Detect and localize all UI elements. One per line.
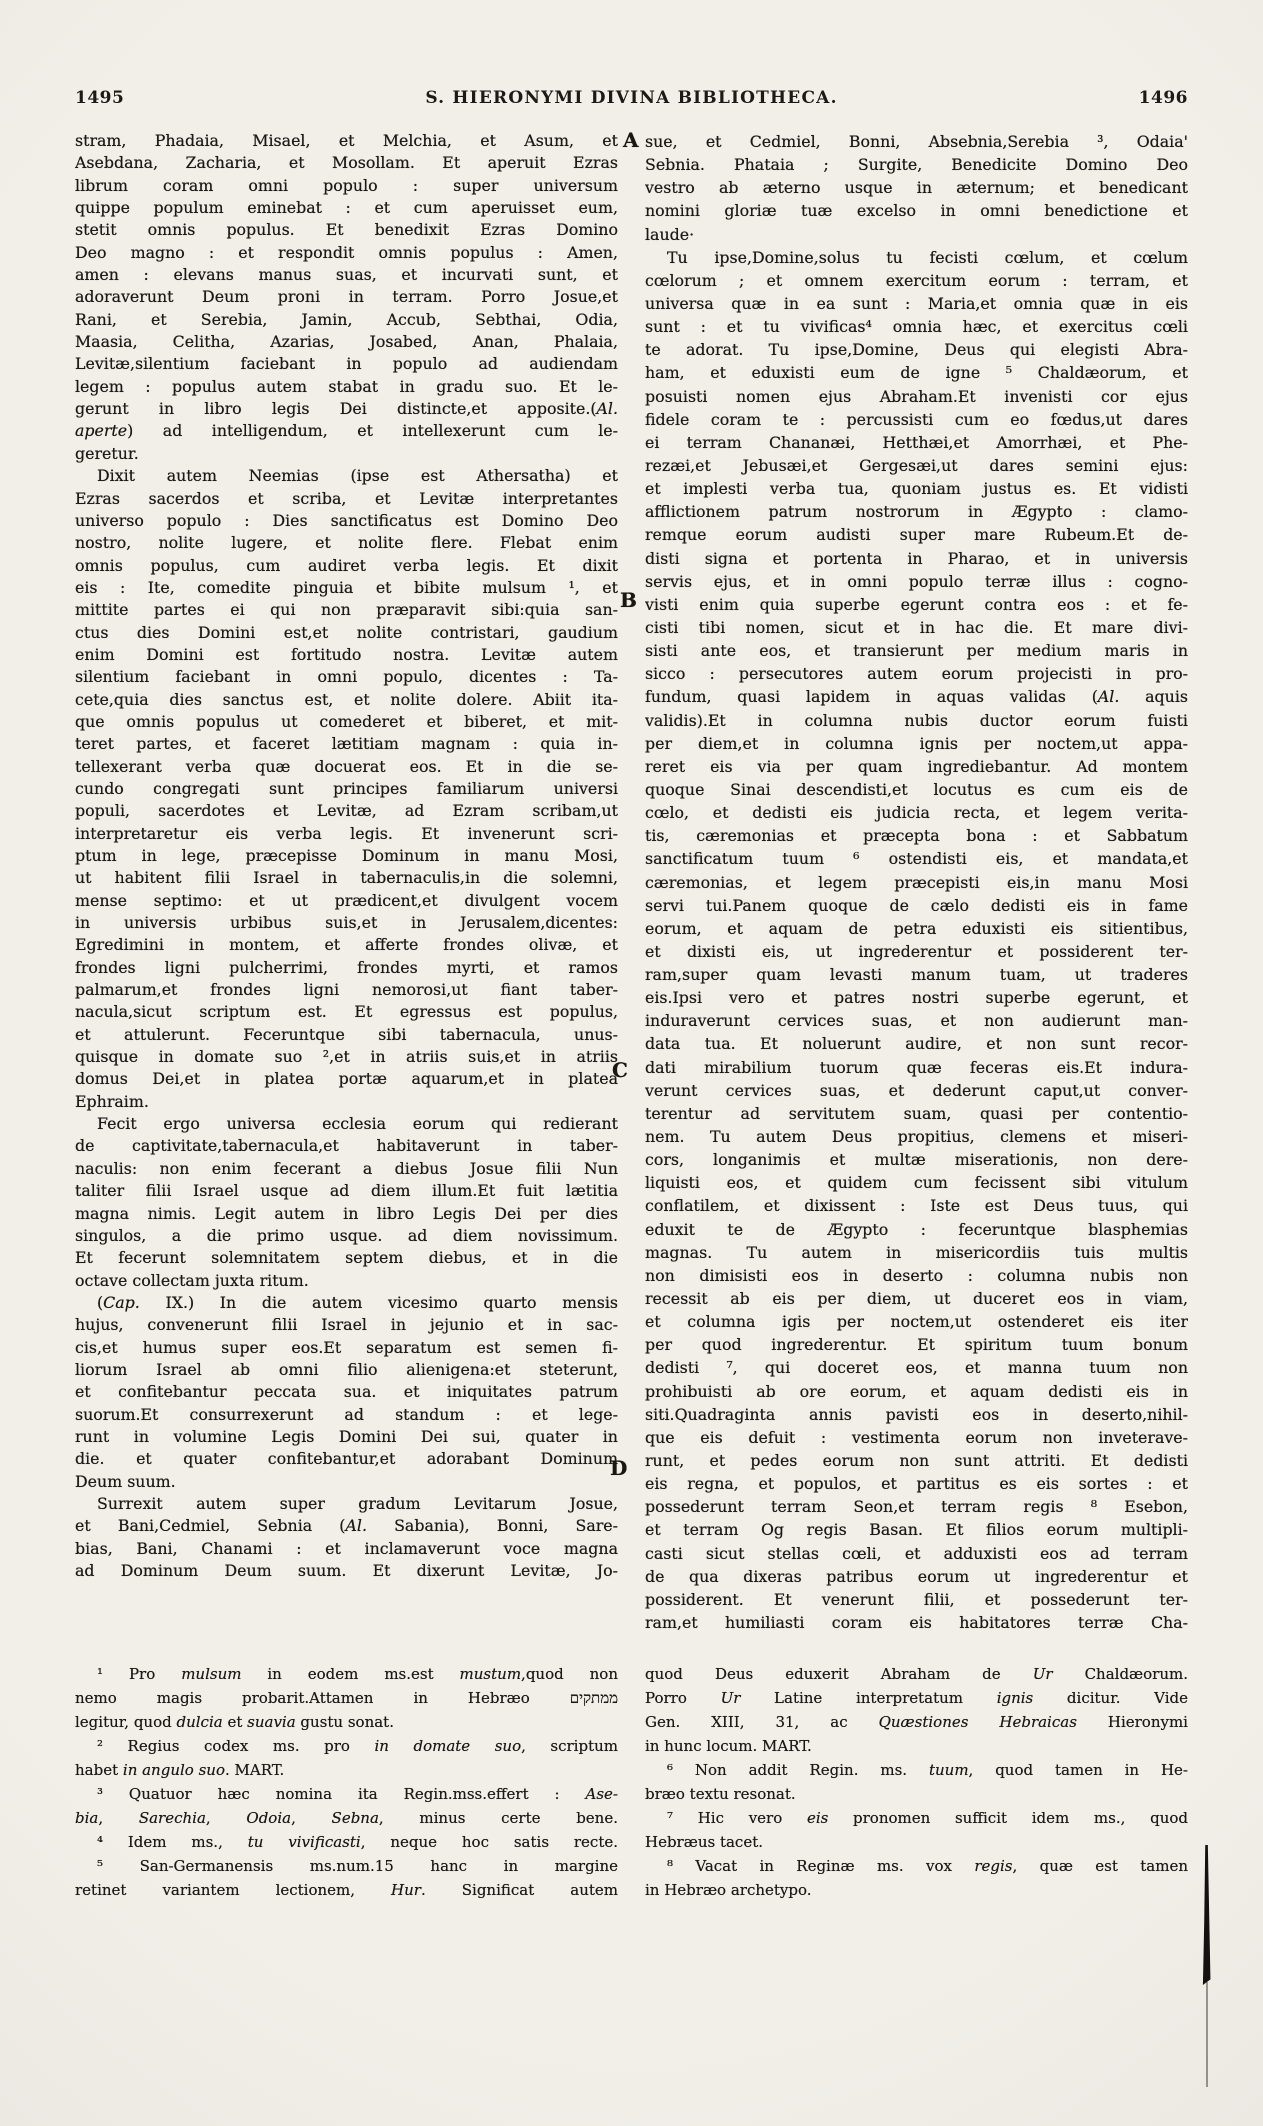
- text-line: cundo congregati sunt principes familiar…: [75, 778, 618, 800]
- text-line: adoraverunt Deum proni in terram. Porro …: [75, 286, 618, 308]
- text-line: universa quæ in ea sunt : Maria,et omnia…: [645, 292, 1188, 315]
- text-line: Porro Ur Latine interpretatum ignis dici…: [645, 1686, 1188, 1710]
- text-line: cæremonias, et legem præcepisti eis,in m…: [645, 871, 1188, 894]
- text-line: laude·: [645, 223, 1188, 246]
- text-line: cis,et humus super eos.Et separatum est …: [75, 1337, 618, 1359]
- left-text-column: stram, Phadaia, Misael, et Melchia, et A…: [75, 130, 618, 1582]
- gutter-letter-D: D: [610, 1456, 627, 1480]
- text-line: Levitæ,silentium faciebant in populo ad …: [75, 353, 618, 375]
- text-line: ⁸ Vacat in Reginæ ms. vox regis, quæ est…: [645, 1854, 1188, 1878]
- text-line: eis : Ite, comedite pinguia et bibite mu…: [75, 577, 618, 599]
- running-title: S. HIERONYMI DIVINA BIBLIOTHECA.: [75, 88, 1188, 108]
- text-line: cœlorum ; et omnem exercitum eorum : ter…: [645, 269, 1188, 292]
- text-line: populi, sacerdotes et Levitæ, ad Ezram s…: [75, 800, 618, 822]
- text-line: posuisti nomen ejus Abraham.Et invenisti…: [645, 385, 1188, 408]
- text-line: Et fecerunt solemnitatem septem diebus, …: [75, 1247, 618, 1269]
- right-footnotes: quod Deus eduxerit Abraham de Ur Chaldæo…: [645, 1662, 1188, 1902]
- text-line: possiderent. Et venerunt filii, et posse…: [645, 1588, 1188, 1611]
- text-line: stetit omnis populus. Et benedixit Ezras…: [75, 219, 618, 241]
- text-line: terentur ad servitutem suam, quasi per c…: [645, 1102, 1188, 1125]
- text-line: te adorat. Tu ipse,Domine, Deus qui eleg…: [645, 338, 1188, 361]
- text-line: Rani, et Serebia, Jamin, Accub, Sebthai,…: [75, 309, 618, 331]
- text-line: possederunt terram Seon,et terram regis …: [645, 1495, 1188, 1518]
- text-line: legitur, quod dulcia et suavia gustu son…: [75, 1710, 618, 1734]
- text-line: sue, et Cedmiel, Bonni, Absebnia,Serebia…: [645, 130, 1188, 153]
- gutter-letter-A: A: [623, 128, 639, 152]
- text-line: ut habitent filii Israel in tabernaculis…: [75, 867, 618, 889]
- text-line: casti sicut stellas cœli, et adduxisti e…: [645, 1542, 1188, 1565]
- text-line: que omnis populus ut comederet et bibere…: [75, 711, 618, 733]
- text-line: reret eis via per quam ingrediebantur. A…: [645, 755, 1188, 778]
- text-line: verunt cervices suas, et dederunt caput,…: [645, 1079, 1188, 1102]
- text-line: Ephraim.: [75, 1091, 618, 1113]
- text-line: servi tui.Panem quoque de cælo dedisti e…: [645, 894, 1188, 917]
- book-page: 1495 S. HIERONYMI DIVINA BIBLIOTHECA. 14…: [0, 0, 1263, 2126]
- ink-artifact: [1199, 1845, 1212, 1985]
- text-line: afflictionem patrum nostrorum in Ægypto …: [645, 500, 1188, 523]
- text-line: universo populo : Dies sanctificatus est…: [75, 510, 618, 532]
- text-line: quippe populum eminebat : et cum aperuis…: [75, 197, 618, 219]
- text-line: mense septimo: et ut prædicent,et divulg…: [75, 890, 618, 912]
- text-line: enim Domini est fortitudo nostra. Levitæ…: [75, 644, 618, 666]
- text-line: rezæi,et Jebusæi,et Gergesæi,ut dares se…: [645, 454, 1188, 477]
- text-line: stram, Phadaia, Misael, et Melchia, et A…: [75, 130, 618, 152]
- text-line: et terram Og regis Basan. Et filios eoru…: [645, 1518, 1188, 1541]
- text-line: interpretaretur eis verba legis. Et inve…: [75, 823, 618, 845]
- text-line: servis ejus, et in omni populo terræ ill…: [645, 570, 1188, 593]
- text-line: Asebdana, Zacharia, et Mosollam. Et aper…: [75, 152, 618, 174]
- text-line: retinet variantem lectionem, Hur. Signif…: [75, 1878, 618, 1902]
- text-line: quisque in domate suo ²,et in atriis sui…: [75, 1046, 618, 1068]
- text-line: per diem,et in columna ignis per noctem,…: [645, 732, 1188, 755]
- text-line: cete,quia dies sanctus est, et nolite do…: [75, 689, 618, 711]
- text-line: cors, longanimis et multæ miserationis, …: [645, 1148, 1188, 1171]
- text-line: Deo magno : et respondit omnis populus :…: [75, 242, 618, 264]
- ink-artifact-tail: [1206, 1982, 1208, 2087]
- text-line: Gen. XIII, 31, ac Quæstiones Hebraicas H…: [645, 1710, 1188, 1734]
- text-line: runt, et pedes eorum non sunt attriti. E…: [645, 1449, 1188, 1472]
- text-line: ram,super quam levasti manum tuam, ut tr…: [645, 963, 1188, 986]
- text-line: taliter filii Israel usque ad diem illum…: [75, 1180, 618, 1202]
- text-line: bia, Sarechia, Odoia, Sebna, minus certe…: [75, 1806, 618, 1830]
- text-line: sisti ante eos, et transierunt per mediu…: [645, 639, 1188, 662]
- text-line: eduxit te de Ægypto : feceruntque blasph…: [645, 1218, 1188, 1241]
- text-line: magnas. Tu autem in misericordiis tuis m…: [645, 1241, 1188, 1264]
- gutter-letter-B: B: [620, 588, 637, 612]
- text-line: bias, Bani, Chanami : et inclamaverunt v…: [75, 1538, 618, 1560]
- text-line: geretur.: [75, 443, 618, 465]
- text-line: ⁴ Idem ms., tu vivificasti, neque hoc sa…: [75, 1830, 618, 1854]
- text-line: et dixisti eis, ut ingrederentur et poss…: [645, 940, 1188, 963]
- text-line: et confitebantur peccata sua. et iniquit…: [75, 1381, 618, 1403]
- text-line: induraverunt cervices suas, et non audie…: [645, 1009, 1188, 1032]
- text-line: amen : elevans manus suas, et incurvati …: [75, 264, 618, 286]
- text-line: suorum.Et consurrexerunt ad standum : et…: [75, 1404, 618, 1426]
- text-line: de qua dixeras patribus eorum ut ingrede…: [645, 1565, 1188, 1588]
- text-line: conflatilem, et dixissent : Iste est Deu…: [645, 1194, 1188, 1217]
- text-line: eorum, et aquam de petra eduxisti eis si…: [645, 917, 1188, 940]
- text-line: per quod ingrederentur. Et spiritum tuum…: [645, 1333, 1188, 1356]
- left-footnotes: ¹ Pro mulsum in eodem ms.est mustum,quod…: [75, 1662, 618, 1902]
- text-line: tellexerant verba quæ docuerat eos. Et i…: [75, 756, 618, 778]
- text-line: magna nimis. Legit autem in libro Legis …: [75, 1203, 618, 1225]
- text-line: runt in volumine Legis Domini Dei sui, q…: [75, 1426, 618, 1448]
- text-line: legem : populus autem stabat in gradu su…: [75, 376, 618, 398]
- text-line: habet in angulo suo. MART.: [75, 1758, 618, 1782]
- text-line: ⁶ Non addit Regin. ms. tuum, quod tamen …: [645, 1758, 1188, 1782]
- text-line: Dixit autem Neemias (ipse est Athersatha…: [75, 465, 618, 487]
- text-line: silentium faciebant in omni populo, dice…: [75, 666, 618, 688]
- text-line: in Hebræo archetypo.: [645, 1878, 1188, 1902]
- text-line: visti enim quia superbe egerunt contra e…: [645, 593, 1188, 616]
- text-line: nostro, nolite lugere, et nolite flere. …: [75, 532, 618, 554]
- text-line: teret partes, et faceret lætitiam magnam…: [75, 733, 618, 755]
- text-line: prohibuisti ab ore eorum, et aquam dedis…: [645, 1380, 1188, 1403]
- text-line: disti signa et portenta in Pharao, et in…: [645, 547, 1188, 570]
- page-header: 1495 S. HIERONYMI DIVINA BIBLIOTHECA. 14…: [75, 88, 1188, 112]
- text-line: remque eorum audisti super mare Rubeum.E…: [645, 523, 1188, 546]
- text-line: singulos, a die primo usque. ad diem nov…: [75, 1225, 618, 1247]
- text-line: sanctificatum tuum ⁶ ostendisti eis, et …: [645, 847, 1188, 870]
- text-line: Maasia, Celitha, Azarias, Josabed, Anan,…: [75, 331, 618, 353]
- text-line: Fecit ergo universa ecclesia eorum qui r…: [75, 1113, 618, 1135]
- text-line: nomini gloriæ tuæ excelso in omni benedi…: [645, 199, 1188, 222]
- text-line: Tu ipse,Domine,solus tu fecisti cœlum, e…: [645, 246, 1188, 269]
- text-line: frondes ligni pulcherrimi, frondes myrti…: [75, 957, 618, 979]
- text-line: quod Deus eduxerit Abraham de Ur Chaldæo…: [645, 1662, 1188, 1686]
- text-line: Hebræus tacet.: [645, 1830, 1188, 1854]
- text-line: aperte) ad intelligendum, et intellexeru…: [75, 420, 618, 442]
- text-line: et implesti verba tua, quoniam justus es…: [645, 477, 1188, 500]
- text-line: quoque Sinai descendisti,et locutus es c…: [645, 778, 1188, 801]
- text-line: dedisti ⁷, qui doceret eos, et manna tuu…: [645, 1356, 1188, 1379]
- text-line: siti.Quadraginta annis pavisti eos in de…: [645, 1403, 1188, 1426]
- text-line: ¹ Pro mulsum in eodem ms.est mustum,quod…: [75, 1662, 618, 1686]
- text-line: ei terram Chananæi, Hetthæi,et Amorrhæi,…: [645, 431, 1188, 454]
- text-line: et Bani,Cedmiel, Sebnia (Al. Sabania), B…: [75, 1515, 618, 1537]
- text-line: cœlo, et dedisti eis judicia recta, et l…: [645, 801, 1188, 824]
- text-line: de captivitate,tabernacula,et habitaveru…: [75, 1135, 618, 1157]
- text-line: ham, et eduxisti eum de igne ⁵ Chaldæoru…: [645, 361, 1188, 384]
- text-line: non dimisisti eos in deserto : columna n…: [645, 1264, 1188, 1287]
- text-line: que eis defuit : vestimenta eorum non in…: [645, 1426, 1188, 1449]
- text-line: bræo textu resonat.: [645, 1782, 1188, 1806]
- text-line: in universis urbibus suis,et in Jerusale…: [75, 912, 618, 934]
- text-line: cisti tibi nomen, sicut et in hac die. E…: [645, 616, 1188, 639]
- text-line: data tua. Et noluerunt audire, et non su…: [645, 1032, 1188, 1055]
- gutter-letter-C: C: [612, 1058, 628, 1082]
- text-line: Deum suum.: [75, 1471, 618, 1493]
- text-line: recessit ab eis per diem, ut duceret eos…: [645, 1287, 1188, 1310]
- text-line: mittite partes ei qui non præparavit sib…: [75, 599, 618, 621]
- text-line: die. et quater confitebantur,et adoraban…: [75, 1448, 618, 1470]
- text-line: validis).Et in columna nubis ductor eoru…: [645, 709, 1188, 732]
- text-line: librum coram omni populo : super univers…: [75, 175, 618, 197]
- text-line: in hunc locum. MART.: [645, 1734, 1188, 1758]
- text-line: Surrexit autem super gradum Levitarum Jo…: [75, 1493, 618, 1515]
- right-text-column: sue, et Cedmiel, Bonni, Absebnia,Serebia…: [645, 130, 1188, 1634]
- text-line: ctus dies Domini est,et nolite contrista…: [75, 622, 618, 644]
- text-line: eis.Ipsi vero et patres nostri superbe e…: [645, 986, 1188, 1009]
- text-line: ad Dominum Deum suum. Et dixerunt Levitæ…: [75, 1560, 618, 1582]
- text-line: dati mirabilium tuorum quæ feceras eis.E…: [645, 1056, 1188, 1079]
- text-line: Egredimini in montem, et afferte frondes…: [75, 934, 618, 956]
- text-line: Sebnia. Phataia ; Surgite, Benedicite Do…: [645, 153, 1188, 176]
- text-line: sunt : et tu vivificas⁴ omnia hæc, et ex…: [645, 315, 1188, 338]
- text-line: sicco : persecutores autem eorum projeci…: [645, 662, 1188, 685]
- text-line: palmarum,et frondes ligni nemorosi,ut fi…: [75, 979, 618, 1001]
- text-line: fidele coram te : percussisti cum eo fœd…: [645, 408, 1188, 431]
- text-line: gerunt in libro legis Dei distincte,et a…: [75, 398, 618, 420]
- text-line: eis regna, et populos, et partitus es ei…: [645, 1472, 1188, 1495]
- text-line: octave collectam juxta ritum.: [75, 1270, 618, 1292]
- text-line: ⁵ San-Germanensis ms.num.15 hanc in marg…: [75, 1854, 618, 1878]
- text-line: hujus, convenerunt filii Israel in jejun…: [75, 1314, 618, 1336]
- text-line: et columna igis per noctem,ut ostenderet…: [645, 1310, 1188, 1333]
- text-line: nemo magis probarit.Attamen in Hebræo ממ…: [75, 1686, 618, 1710]
- text-line: Ezras sacerdos et scriba, et Levitæ inte…: [75, 488, 618, 510]
- text-line: fundum, quasi lapidem in aquas validas (…: [645, 685, 1188, 708]
- text-line: domus Dei,et in platea portæ aquarum,et …: [75, 1068, 618, 1090]
- text-line: vestro ab æterno usque in æternum; et be…: [645, 176, 1188, 199]
- text-line: ³ Quatuor hæc nomina ita Regin.mss.effer…: [75, 1782, 618, 1806]
- column-number-right: 1496: [1139, 88, 1188, 108]
- text-line: ptum in lege, præcepisse Dominum in manu…: [75, 845, 618, 867]
- text-line: nacula,sicut scriptum est. Et egressus e…: [75, 1001, 618, 1023]
- text-line: naculis: non enim fecerant a diebus Josu…: [75, 1158, 618, 1180]
- text-line: omnis populus, cum audiret verba legis. …: [75, 555, 618, 577]
- text-line: ⁷ Hic vero eis pronomen sufficit idem ms…: [645, 1806, 1188, 1830]
- text-line: ram,et humiliasti coram eis habitatores …: [645, 1611, 1188, 1634]
- text-line: et attulerunt. Feceruntque sibi tabernac…: [75, 1024, 618, 1046]
- text-line: nem. Tu autem Deus propitius, clemens et…: [645, 1125, 1188, 1148]
- text-line: liorum Israel ab omni filio alienigena:e…: [75, 1359, 618, 1381]
- text-line: (Cap. IX.) In die autem vicesimo quarto …: [75, 1292, 618, 1314]
- text-line: tis, cæremonias et præcepta bona : et Sa…: [645, 824, 1188, 847]
- text-line: liquisti eos, et quidem cum fecissent si…: [645, 1171, 1188, 1194]
- text-line: ² Regius codex ms. pro in domate suo, sc…: [75, 1734, 618, 1758]
